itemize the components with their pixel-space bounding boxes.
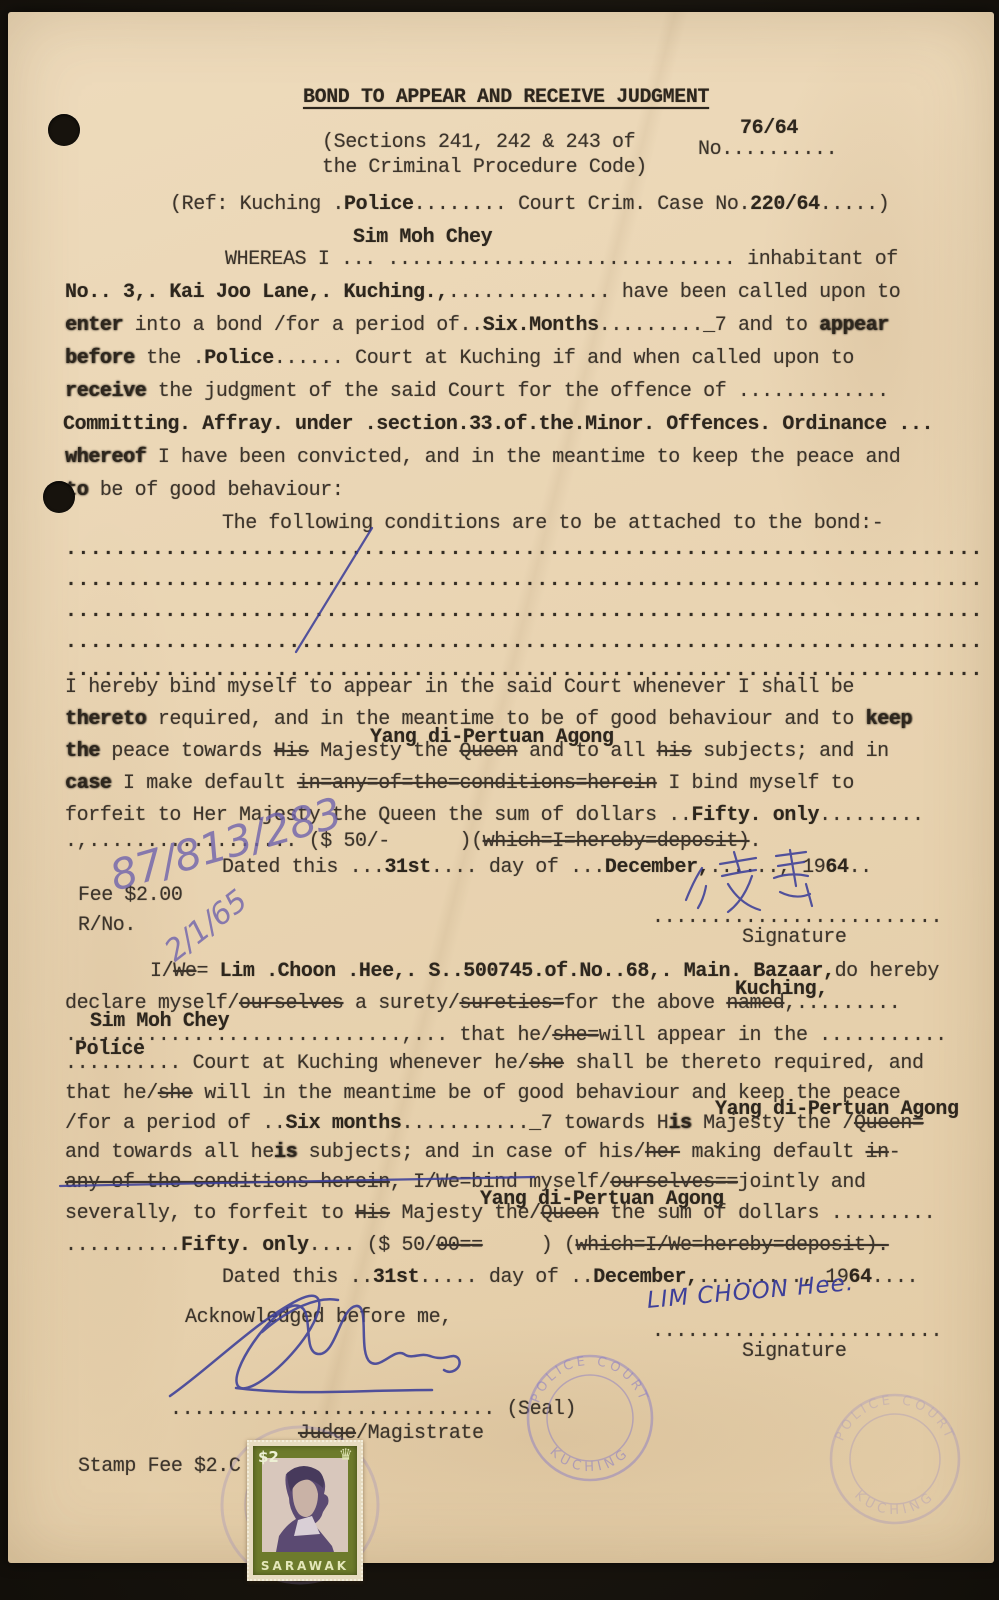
typed-line: WHEREAS I ... ..........................… bbox=[225, 248, 898, 271]
typed-line: /for a period of ..Six months...........… bbox=[65, 1112, 924, 1135]
typed-line: case I make default in=any=of=the=condit… bbox=[65, 772, 854, 795]
principal-name: Sim Moh Chey bbox=[353, 226, 492, 249]
revenue-stamp: $2 ♛ SARAWAK bbox=[247, 1440, 363, 1581]
typed-line: before the .Police...... Court at Kuchin… bbox=[65, 347, 854, 370]
typed-line: The following conditions are to be attac… bbox=[222, 512, 883, 535]
typed-line: any of the conditions herein, I/We=bind … bbox=[65, 1171, 866, 1194]
punch-hole bbox=[48, 114, 80, 146]
document-text-layer: BOND TO APPEAR AND RECEIVE JUDGMENT(Sect… bbox=[0, 0, 999, 1600]
conditions-blank-line: ........................................… bbox=[65, 569, 983, 592]
surety-amount: ..........Fifty. only.... ($ 50/00== ) (… bbox=[65, 1234, 889, 1257]
offence-description: Committing. Affray. under .section.33.of… bbox=[63, 413, 933, 436]
conditions-blank-line: ........................................… bbox=[65, 538, 983, 561]
punch-hole bbox=[43, 481, 75, 513]
scanned-document-photo: { "document": { "kind": "Bond to Appear … bbox=[0, 0, 999, 1600]
seal-line: ............................ (Seal) bbox=[170, 1398, 576, 1421]
bond-date: Dated this ...31st.... day of ...Decembe… bbox=[222, 856, 872, 879]
typed-line: to be of good behaviour: bbox=[65, 479, 343, 502]
queen-portrait bbox=[262, 1458, 348, 1552]
typed-line: No.. 3,. Kai Joo Lane,. Kuching.,.......… bbox=[65, 281, 900, 304]
receipt-number-label: R/No. bbox=[78, 914, 136, 937]
typed-line: severally, to forfeit to His Majesty the… bbox=[65, 1202, 935, 1225]
bond-number: 76/64 bbox=[740, 117, 798, 140]
typed-line: whereof I have been convicted, and in th… bbox=[65, 446, 900, 469]
typed-line: the Criminal Procedure Code) bbox=[322, 156, 647, 179]
case-reference: (Ref: Kuching .Police........ Court Crim… bbox=[170, 193, 889, 216]
typed-line: .......... Court at Kuching whenever he/… bbox=[65, 1052, 924, 1075]
typed-line: Acknowledged before me, bbox=[185, 1306, 452, 1329]
bond-amount-words: forfeit to Her Majesty the Queen the sum… bbox=[65, 804, 924, 827]
conditions-blank-line: ........................................… bbox=[65, 600, 983, 623]
stamp-fee-note: Stamp Fee $2.C bbox=[78, 1455, 240, 1478]
typed-line: and towards all heis subjects; and in ca… bbox=[65, 1141, 900, 1164]
typed-line: enter into a bond /for a period of..Six.… bbox=[65, 314, 889, 337]
crown-icon: ♛ bbox=[339, 1445, 353, 1464]
signature-label: Signature bbox=[742, 926, 846, 949]
conditions-blank-line: ........................................… bbox=[65, 631, 983, 654]
typed-line: No.......... bbox=[698, 138, 837, 161]
typed-line: the peace towards His Majesty the Queen … bbox=[65, 740, 889, 763]
signature-label: Signature bbox=[742, 1340, 846, 1363]
typed-line: receive the judgment of the said Court f… bbox=[65, 380, 889, 403]
typed-line: I hereby bind myself to appear in the sa… bbox=[65, 676, 854, 699]
typed-line: .............................,... that h… bbox=[65, 1024, 947, 1047]
typed-line: (Sections 241, 242 & 243 of bbox=[322, 131, 635, 154]
stamp-country: SARAWAK bbox=[249, 1559, 361, 1573]
document-title: BOND TO APPEAR AND RECEIVE JUDGMENT bbox=[303, 86, 709, 109]
stamp-value: $2 bbox=[258, 1448, 279, 1466]
